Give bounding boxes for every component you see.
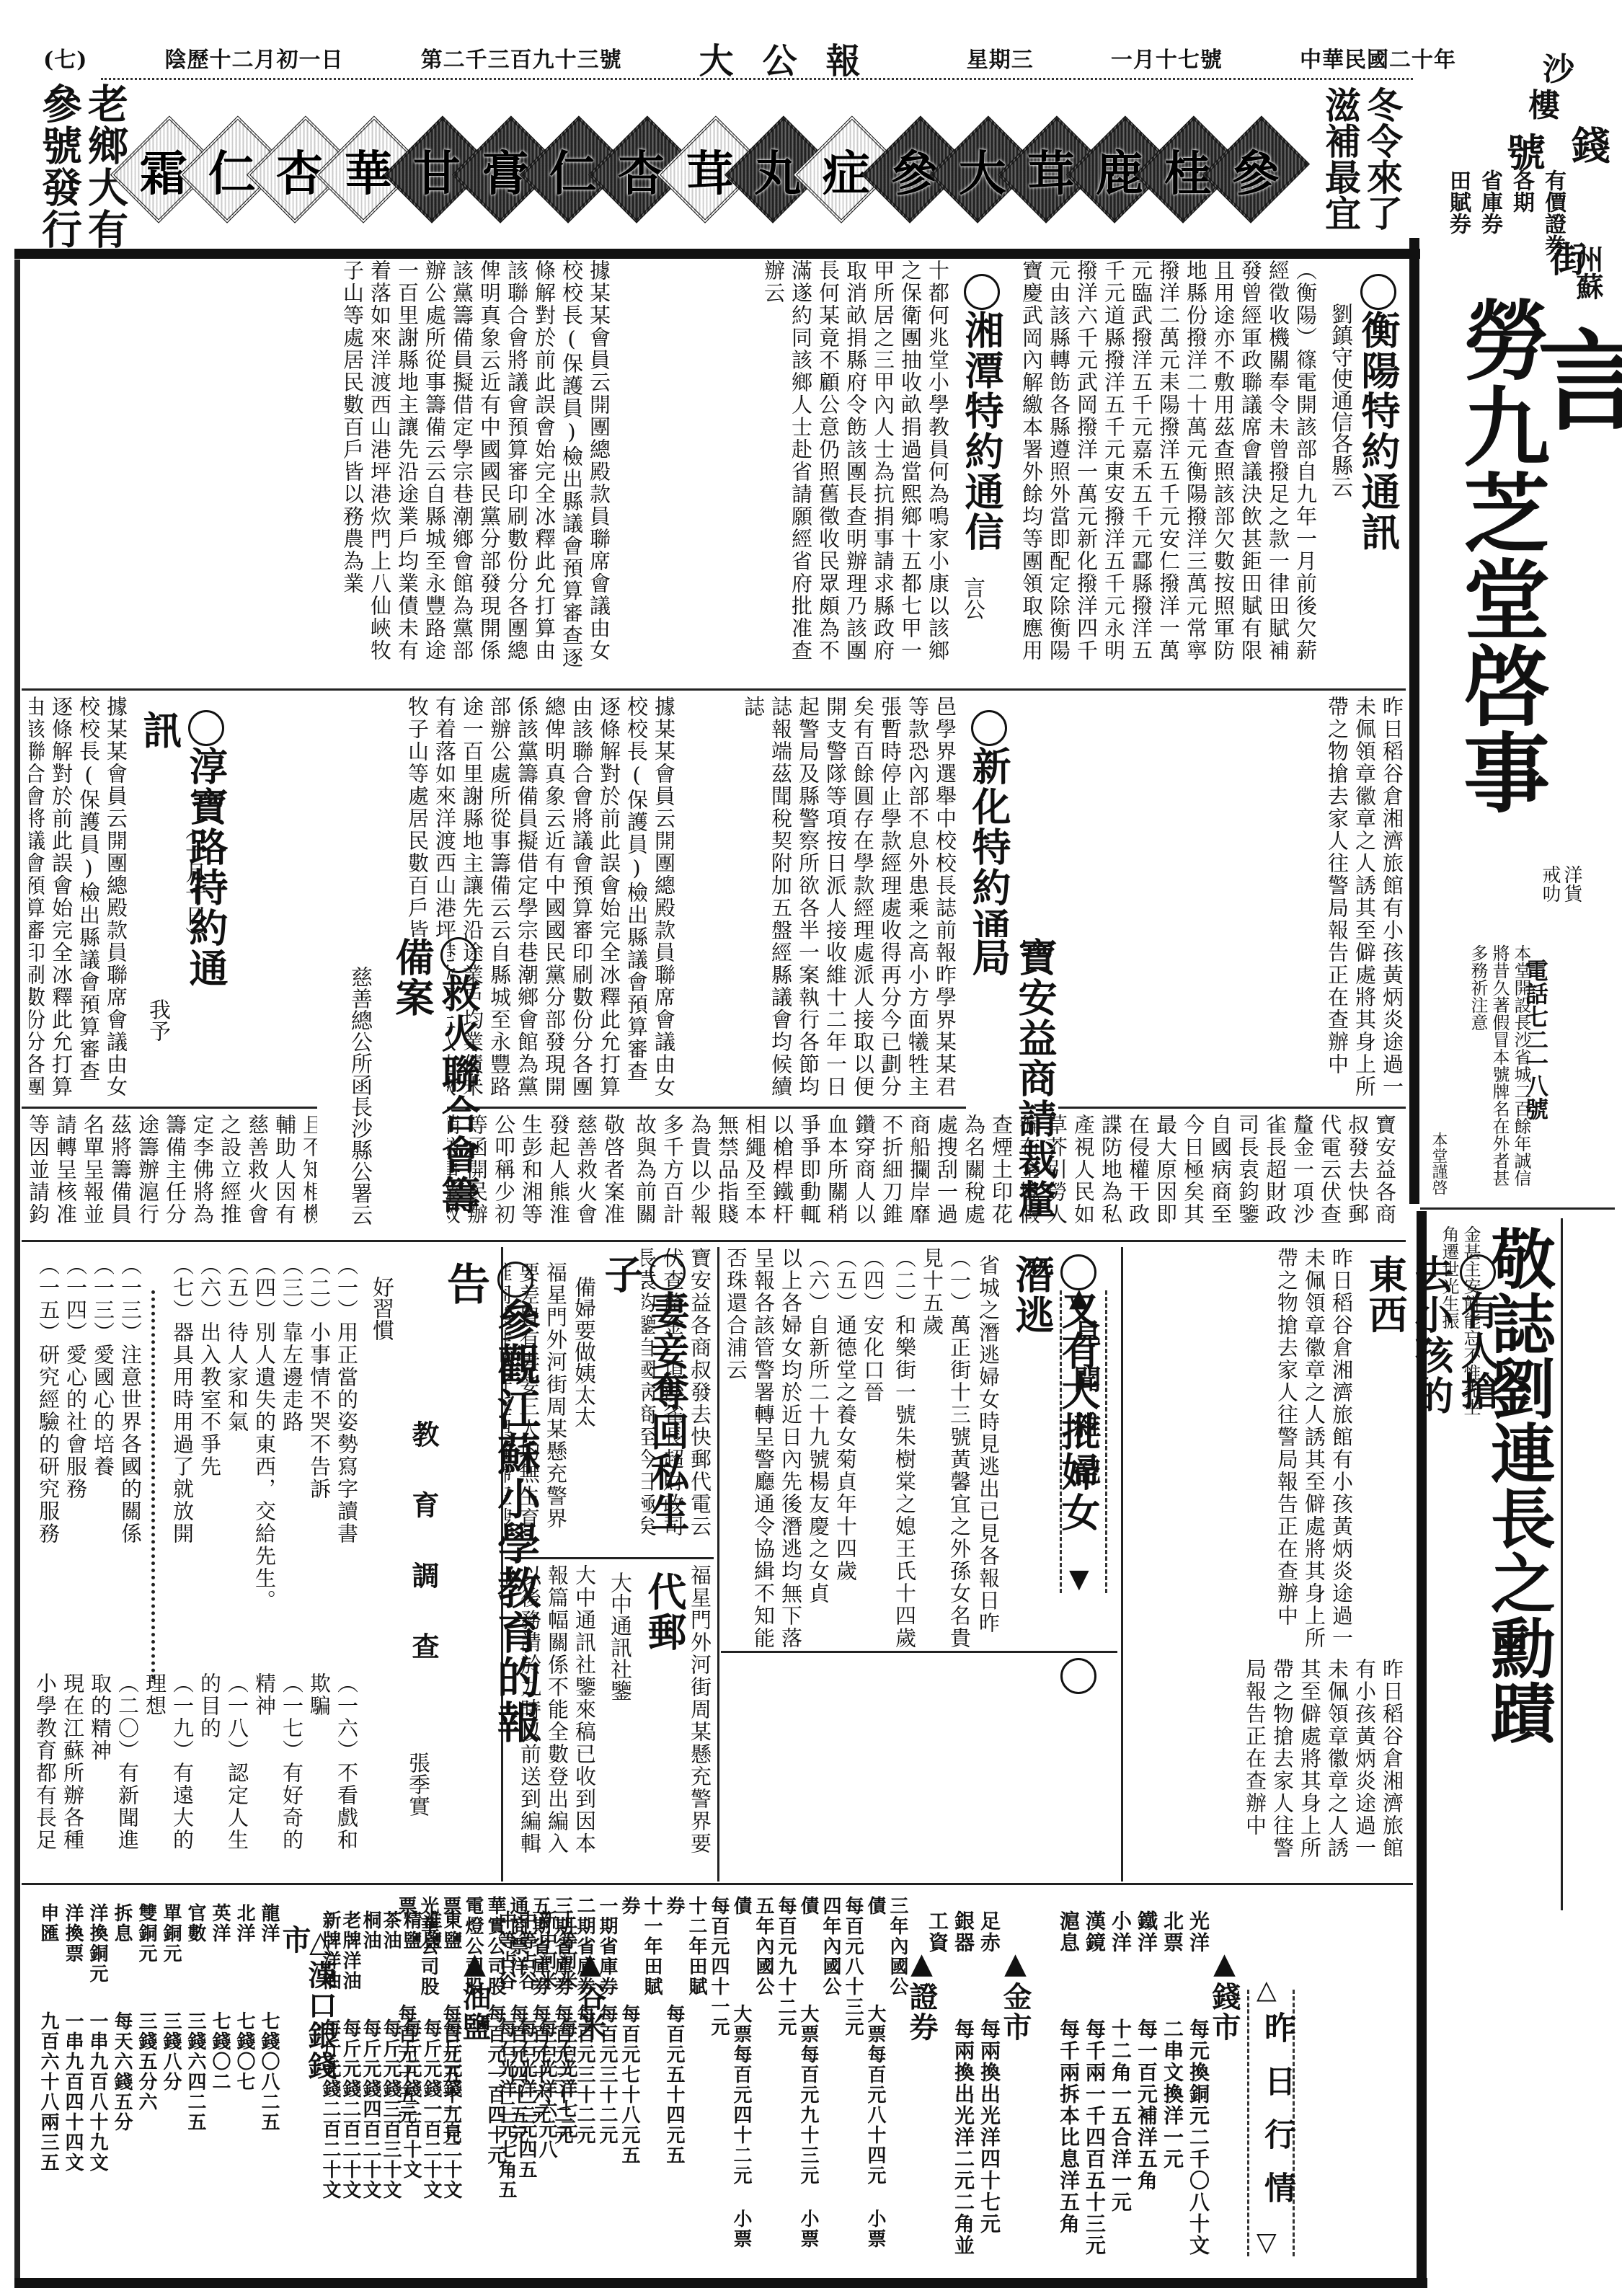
lunar-date: 陰歷十二月初一日 — [164, 42, 343, 74]
article-body: 寶安益各商叔發去快郵代電云伏查釐金一項沙雀長超財政司長袁鈞鑒自國病商至今日極矣其… — [634, 1114, 1399, 1236]
article-byline: 備婦要做姨太太 — [570, 1276, 595, 1550]
section-label: 好習慣 — [368, 1276, 394, 1420]
column-rule — [1121, 1247, 1123, 1881]
circle-bullet-icon — [1060, 1658, 1096, 1694]
corner-ad: 沙 樓 號 錢 有價證券各期省庫券田賦券 — [1435, 43, 1615, 223]
article-heading: 參觀江蘇小學教育的報告 — [440, 1262, 541, 1766]
habit-list-3: （一六）不看戲和欺騙（一七）有好奇的精神（一八）認定人生的目的（一九）有遠大的理… — [29, 1672, 360, 1867]
article-byline: 大中通訊社鑒 — [606, 1572, 631, 1860]
section-rule — [14, 249, 1420, 259]
triangle-down-icon: ▼ — [1069, 1564, 1089, 1594]
market-section-qianshi: 光洋每元換銅元二千〇八十文 北票二串文換洋一元 鐵洋每一百元補洋五角 小洋十二角… — [1038, 1910, 1211, 2271]
article-byline: 省城之潛逃婦女時見逃出已見各報日昨又發現潛逃者一大批特為錄誌於後 — [973, 1254, 1002, 1644]
issue-number: 第二千三百九十三號 — [421, 42, 622, 74]
circle-bullet-icon — [1060, 1254, 1096, 1290]
article-heading: 救火聯合會籌備案 — [389, 937, 482, 1240]
masthead-rule — [101, 78, 1413, 80]
market-section-hankou: 龍洋七錢〇八二五 北洋七錢〇七 英洋七錢〇二 官數三錢六四二五 單銅元三錢八分 … — [29, 1903, 281, 2264]
article-body: 十都何兆堂小學教員何為鳴家小康以該鄉之保衛團抽收畝捐過當熙鄉十五都七甲一甲所居之… — [620, 260, 952, 678]
circle-bullet-icon — [971, 710, 1007, 746]
circle-bullet-icon — [650, 1254, 686, 1290]
bottom-rule — [14, 2278, 1427, 2288]
article-xiangtan: 湘潭特約通信 言公 十都何兆堂小學教員何為鳴家小康以該鄉之保衛團抽收畝捐過當熙鄉… — [620, 260, 1009, 678]
habit-list-2: （一三）注意世界各國的關係（一三）愛國心的培養（一四）愛心的社會服務（一五）研究… — [29, 1254, 144, 1658]
circle-bullet-icon — [964, 274, 1000, 310]
article-byline: 教育調查 — [404, 1420, 443, 1795]
market-section-jinshi: 足赤每兩換出光洋四十七元 銀器每兩換出光洋二元二角並工資 — [944, 1910, 1002, 2271]
triangle-down-icon: ▽ — [1257, 2228, 1277, 2257]
jiuhuo-heading-block: 救火聯合會籌備案 慈善總公所函長沙縣公署云 — [317, 937, 447, 1240]
article-body-continued: 昨日稻谷倉湘濟旅館有小孩黃炳炎途過一未佩領章徽章之人誘其至僻處將其身上所帶之物搶… — [1125, 1658, 1406, 1874]
memorial-rule — [1561, 1218, 1563, 1910]
article-body: 昨日稻谷倉湘濟旅館有小孩黃炳炎途過一未佩領章徽章之人誘其至僻處將其身上所帶之物搶… — [1125, 1247, 1355, 1651]
article-body: （衡陽）篠電開該部自九年一月前後欠薪經徵收機關奉令未曾撥足之款一律田賦補發曾經軍… — [1016, 260, 1319, 678]
column-rule — [717, 1247, 719, 1881]
article-byline: 言公 — [959, 577, 985, 663]
qiangqu-body: 有人搶去小孩的東西 — [721, 1658, 1052, 1874]
market-title-box: △ 昨日行情 ▽ — [1247, 1990, 1295, 2256]
paper-name: 大公報 — [699, 33, 890, 83]
article-items: （一）萬正街十三號黃馨宜之外孫女名貴見十五歲（二）和樂街一號朱樹棠之媳王氏十四歲… — [894, 1247, 973, 1651]
market-quotes: △ 昨日行情 ▽ ▲錢市 光洋每元換銅元二千〇八十文 北票二串文換洋一元 鐵洋每… — [14, 1889, 1413, 2278]
circle-bullet-icon — [1360, 274, 1396, 310]
article-byline: 我予 — [144, 998, 170, 1056]
article-hanshu-top: 昨日稻谷倉湘濟旅館有小孩黃炳炎途過一未佩領章徽章之人誘其至僻處將其身上所帶之物搶… — [1024, 696, 1406, 1099]
pharmacy-note: 本堂開設長沙省城二百餘年誠信將昔久著假冒本號牌名在外者甚多務祈注意 — [1445, 944, 1532, 1189]
triangle-up-icon: △ — [1257, 1975, 1277, 2005]
weekday: 星期三 — [967, 42, 1034, 74]
circle-bullet-icon — [1460, 1254, 1496, 1290]
article-jiaoyu: 參觀江蘇小學教育的報告 教育調查 張季實 好習慣 （一）用正當的姿勢寫字讀書（二… — [29, 1247, 497, 1874]
article-body-tail: 據某某會員云開團總殿款員聯席會議由女校校長(保護員)檢出縣議會預算審查逐條解對於… — [29, 696, 130, 1099]
section-rule — [22, 1240, 1406, 1242]
market-section-title: △漢口銀錢市 — [281, 1925, 333, 2098]
article-body-continued: 據某某會員云開團總殿款員聯席會議由女校校長(保護員)檢出縣議會預算審查逐條解對於… — [29, 260, 613, 678]
market-section-youyan: 東鹽每斤元錢一百二十文 淮鹽每斤元錢一百二十文 精鹽每斤元錢二百十文 茶油每斤元… — [317, 1910, 461, 2271]
market-section-title: ▲金市 — [1002, 1946, 1028, 2062]
article-heading: 代郵 — [642, 1572, 688, 1716]
article-date: （一月十日） — [180, 818, 206, 962]
article-heading: 湘潭特約通信 — [959, 274, 1005, 577]
banner-diamond: 參 — [1202, 116, 1310, 223]
masthead: (七) 陰歷十二月初一日 第二千三百九十三號 大公報 星期三 一月十七號 中華民… — [43, 42, 1456, 74]
date: 一月十七號 — [1111, 42, 1223, 74]
article-heading: 有人搶去小孩的東西有人搶去小孩的東西衡陽特約通訊有人搶去小孩的東西有人搶去小孩的… — [1060, 1658, 1097, 1874]
article-byline: 劉鎮守使通信各縣云 — [1326, 303, 1352, 663]
article-heading: 又有大批婦女潛逃 — [1009, 1254, 1102, 1543]
pharmacy-ad: 州蘇 勞九芝堂啓事 言 洋貨 戒叻 本堂開設長沙省城二百餘年誠信將昔久著假冒本號… — [1424, 238, 1618, 1197]
banner-slogan: 冬令來了滋補最宜 — [1319, 87, 1403, 252]
article-body-continued: 福星門外河街周某懸充警界要差置有妻妾三人均無生育惟周某性極好淫與僱婦王嫂私通成孕… — [685, 1564, 714, 1867]
banner-ad: 霜 仁 杏 華 甘 膏 仁 杏 茸 丸 症 參 大 茸 鹿 桂 參 — [130, 87, 1290, 252]
column-rule — [1417, 1211, 1427, 2285]
market-section-title: ▲谷米 — [577, 1946, 603, 2062]
article-hanshu: 有人搶去小孩的東西 昨日稻谷倉湘濟旅館有小孩黃炳炎途過一未佩領章徽章之人誘其至僻… — [1125, 1247, 1406, 1651]
article-author: 張季實 — [404, 1752, 430, 1853]
market-title: 昨日行情 — [1254, 2011, 1300, 2228]
corner-ad-building: 樓 — [1528, 79, 1560, 125]
circle-bullet-icon — [497, 1262, 533, 1298]
corner-ad-money: 錢 — [1572, 115, 1610, 171]
pharmacy-brand: 言 — [1539, 324, 1622, 930]
circle-bullet-icon — [440, 937, 477, 973]
article-heading: 妻妾奪回私生子 — [598, 1254, 691, 1557]
article-jianwen: ▲ 見聞雜記 ▼ 又有大批婦女潛逃 省城之潛逃婦女時見逃出已見各報日昨又發現潛逃… — [894, 1247, 1117, 1651]
section-rule — [22, 688, 1406, 691]
pharmacy-subtitle: 洋貨 戒叻 — [1539, 865, 1582, 937]
section-rule — [721, 1651, 1117, 1653]
article-heading: 有人搶去小孩的東西 — [1362, 1254, 1501, 1435]
market-section-title: ▲證券 — [908, 1946, 934, 2062]
market-section-title: ▲油鹽 — [461, 1946, 487, 2062]
article-heading: 衡陽特約通訊 — [1355, 274, 1401, 663]
pharmacy-phone: 電話七二一八號 — [1521, 959, 1550, 1189]
market-section-title: ▲錢市 — [1211, 1946, 1237, 2062]
dotted-separator — [151, 1290, 155, 1680]
habit-list: （一）用正當的姿勢寫字讀書（二）小事情不哭不告訴（三）靠左邊走路（四）別人遺失的… — [173, 1254, 360, 1658]
year: 中華民國二十年 — [1300, 42, 1456, 74]
pharmacy-signoff: 本堂謹啓 — [1427, 1132, 1450, 1197]
section-rule — [22, 1883, 1413, 1885]
market-section-zhengquan: 三年內國公債大票每百元八十四元 小票每百元八十三元 四年內國公債大票每百元九十三… — [613, 1896, 908, 2256]
article-byline: 慈善總公所函長沙縣公署云 — [346, 966, 372, 1233]
section-rule — [1420, 1207, 1615, 1210]
column-rule — [1409, 238, 1419, 1204]
page-number: (七) — [43, 42, 87, 74]
article-jianwen-cont: （四）安化口晉（五）通德堂之養女菊貞年十四歲（六）自新所二十九號楊友慶之女貞以上… — [721, 1247, 887, 1651]
article-body: 昨日稻谷倉湘濟旅館有小孩黃炳炎途過一未佩領章徽章之人誘其至僻處將其身上所帶之物搶… — [1024, 696, 1406, 1099]
market-section-gumi: 上等河米每石光洋七元 新中河米每石光洋六元八 中等占谷每石光洋三元四五 中等占谷… — [497, 1910, 577, 2271]
article-hengyang: 衡陽特約通訊 劉鎮守使通信各縣云 （衡陽）篠電開該部自九年一月前後欠薪經徵收機關… — [1016, 260, 1406, 678]
